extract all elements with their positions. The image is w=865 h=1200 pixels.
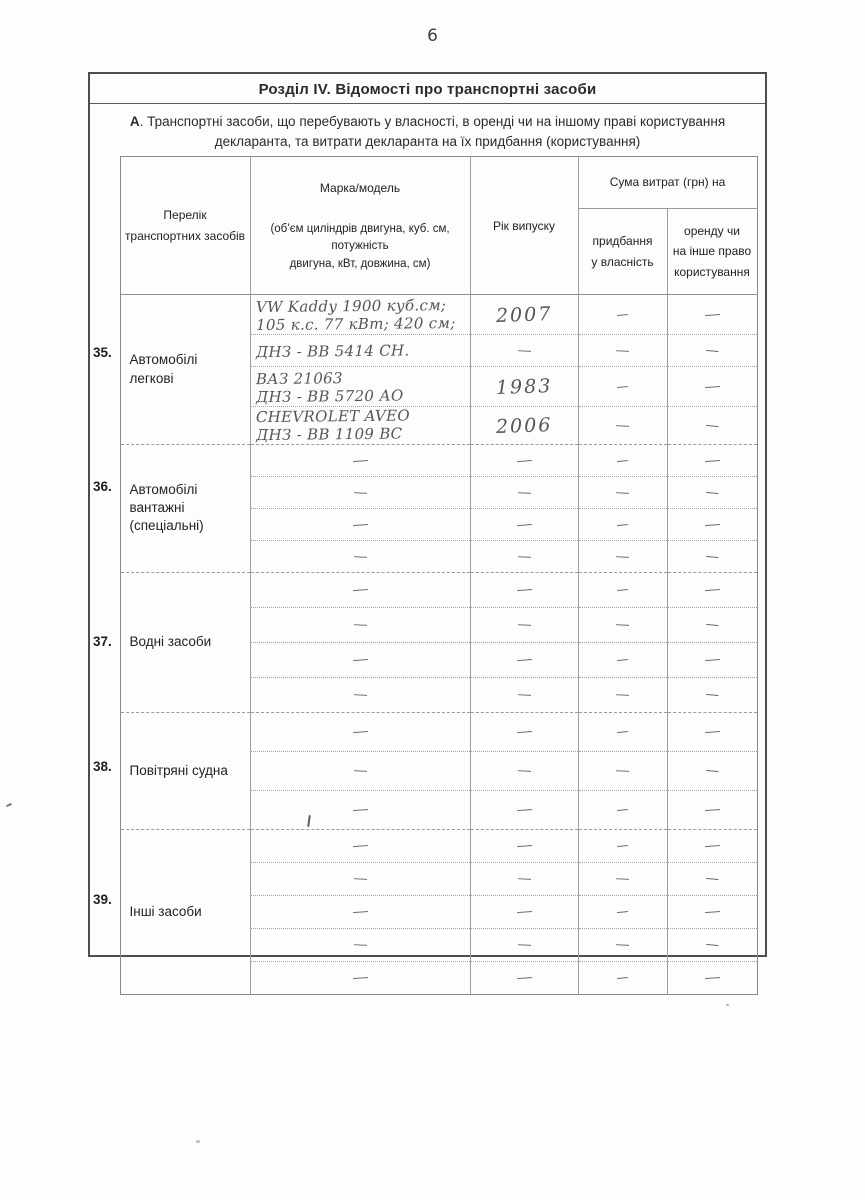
model-cell: — [250,444,470,476]
purchase-cell: — [578,367,667,407]
model-value: — [351,968,369,987]
row-number-cell: 37. [90,572,120,712]
model-value: — [351,450,369,469]
year-cell: — [470,790,578,829]
model-cell: — [250,895,470,928]
year-value: — [516,761,531,780]
model-cell: — [250,572,470,607]
year-value: — [515,580,533,599]
rent-cell: — [667,508,757,540]
purchase-cell: — [578,476,667,508]
purchase-value: — [615,615,630,634]
purchase-value: — [616,650,630,669]
year-cell: 2006 [470,407,578,444]
row-number: 38. [90,759,112,774]
model-value: VW Kaddy 1900 куб.см; 105 к.с. 77 кВт; 4… [250,296,469,335]
model-value: — [352,935,367,954]
header-year: Рік випуску [470,157,578,295]
purchase-value: — [615,685,630,704]
model-value: — [352,761,367,780]
purchase-value: — [615,482,630,501]
rent-cell: — [667,407,757,444]
scan-speck [196,1140,200,1143]
header-cost-group: Сума витрат (грн) на [578,157,757,209]
form-box: Розділ IV. Відомості про транспортні зас… [88,72,767,957]
year-cell: — [470,751,578,790]
year-cell: — [470,508,578,540]
purchase-cell: — [578,751,667,790]
header-rent: оренду чи на інше право користування [667,208,757,295]
rent-value: — [703,305,721,324]
model-cell: — [250,642,470,677]
rent-cell: — [667,677,757,712]
table-header: Перелік транспортних засобів Марка/модел… [90,157,757,295]
purchase-cell: — [578,407,667,444]
header-make-model: Марка/модель (об’єм циліндрів двигуна, к… [250,157,470,295]
purchase-value: — [616,450,630,469]
purchase-value: — [615,341,630,360]
model-cell: — [250,607,470,642]
model-value: — [351,836,369,855]
year-value: — [516,935,531,954]
model-value: ДНЗ - ВВ 5414 СН. [250,340,469,361]
year-cell: — [470,712,578,751]
purchase-cell: — [578,829,667,862]
model-value: — [351,650,369,669]
model-value: — [351,902,369,921]
purchase-value: — [615,935,630,954]
model-cell: — [250,476,470,508]
vehicle-category-label: Автомобілі вантажні (спеціальні) [120,444,250,572]
rent-value: — [703,377,721,396]
rent-value: — [703,800,721,819]
purchase-value: — [616,902,630,921]
rent-value: — [704,482,719,501]
year-cell: — [470,928,578,961]
rent-cell: — [667,607,757,642]
purchase-value: — [615,416,630,435]
model-cell: VW Kaddy 1900 куб.см; 105 к.с. 77 кВт; 4… [250,295,470,335]
model-value: ВАЗ 21063 ДНЗ - ВВ 5720 АО [250,368,469,407]
year-value: — [516,685,531,704]
purchase-value: — [616,722,630,741]
row-number: 35. [90,345,112,360]
purchase-value: — [616,968,630,987]
vehicles-table: Перелік транспортних засобів Марка/модел… [90,156,758,995]
rent-cell: — [667,335,757,367]
rent-cell: — [667,444,757,476]
year-value: 1983 [495,375,552,399]
model-value: — [352,869,367,888]
subtitle-letter: А [130,114,140,129]
purchase-value: — [616,377,630,396]
year-value: — [515,450,533,469]
year-value: 2006 [495,414,552,438]
purchase-value: — [615,546,630,565]
scan-speck [6,803,12,807]
year-cell: — [470,476,578,508]
scan-speck [726,1004,729,1006]
rent-value: — [703,968,721,987]
purchase-cell: — [578,862,667,895]
year-cell: — [470,677,578,712]
model-value: — [351,580,369,599]
rent-cell: — [667,751,757,790]
year-cell: — [470,862,578,895]
rent-value: — [704,761,719,780]
purchase-cell: — [578,607,667,642]
year-value: — [515,514,533,533]
subtitle-text: . Транспортні засоби, що перебувають у в… [140,114,726,149]
vehicle-group-39: 39. Інші засоби — — — — — — — — — — — [90,829,757,994]
rent-cell: — [667,862,757,895]
vehicle-category-label: Інші засоби [120,829,250,994]
section-subtitle: А. Транспортні засоби, що перебувають у … [90,104,765,156]
model-cell: — [250,862,470,895]
year-value: — [516,482,531,501]
year-cell: 2007 [470,295,578,335]
row-number-cell: 38. [90,712,120,829]
vehicle-category-label: Водні засоби [120,572,250,712]
rent-cell: — [667,961,757,994]
purchase-cell: — [578,540,667,572]
vehicle-category-label: Повітряні судна [120,712,250,829]
purchase-value: — [616,514,630,533]
row-number-cell: 36. [90,444,120,572]
rent-cell: — [667,572,757,607]
rent-cell: — [667,829,757,862]
purchase-cell: — [578,961,667,994]
rent-value: — [704,935,719,954]
purchase-cell: — [578,295,667,335]
rent-value: — [704,869,719,888]
model-value: — [352,546,367,565]
header-make-model-note: (об’єм циліндрів двигуна, куб. см, потуж… [251,221,470,274]
model-cell: — [250,712,470,751]
row-number: 39. [90,892,112,907]
vehicle-group-38: 38. Повітряні судна — — — — — — — — — — … [90,712,757,829]
model-cell: — [250,790,470,829]
purchase-cell: — [578,790,667,829]
purchase-value: — [616,580,630,599]
model-value: — [352,482,367,501]
year-cell: — [470,335,578,367]
year-cell: — [470,540,578,572]
year-value: — [515,650,533,669]
vehicle-category-label: Автомобілі легкові [120,295,250,444]
year-cell: — [470,607,578,642]
scanned-page: 6 Розділ IV. Відомості про транспортні з… [0,0,865,1200]
year-value: — [515,722,533,741]
model-cell: — [250,751,470,790]
purchase-value: — [616,800,630,819]
model-cell: ВАЗ 21063 ДНЗ - ВВ 5720 АО [250,367,470,407]
model-value: CHEVROLET AVEO ДНЗ - ВВ 1109 ВС [250,406,469,445]
header-vehicle-list: Перелік транспортних засобів [120,157,250,295]
year-cell: — [470,961,578,994]
model-cell: — [250,829,470,862]
row-number: 37. [90,634,112,649]
rent-value: — [704,615,719,634]
row-number: 36. [90,479,112,494]
year-cell: — [470,895,578,928]
vehicle-group-35: 35. Автомобілі легкові VW Kaddy 1900 куб… [90,295,757,444]
year-value: — [515,836,533,855]
model-value: — [351,800,369,819]
rent-value: — [703,580,721,599]
rent-cell: — [667,476,757,508]
row-number-cell: 35. [90,295,120,444]
model-value: — [351,722,369,741]
purchase-cell: — [578,444,667,476]
model-cell: — [250,677,470,712]
model-value: — [352,615,367,634]
model-value: — [351,514,369,533]
year-value: — [516,546,531,565]
rent-cell: — [667,790,757,829]
rent-value: — [703,902,721,921]
purchase-cell: — [578,642,667,677]
rent-cell: — [667,928,757,961]
rent-value: — [704,415,719,434]
year-cell: — [470,444,578,476]
rent-cell: — [667,712,757,751]
model-cell: — [250,961,470,994]
year-cell: 1983 [470,367,578,407]
purchase-cell: — [578,677,667,712]
header-make-model-title: Марка/модель [251,177,470,200]
purchase-value: — [615,761,630,780]
number-gutter [90,157,120,295]
year-value: — [516,869,531,888]
purchase-cell: — [578,928,667,961]
model-cell: — [250,540,470,572]
header-purchase: придбання у власність [578,208,667,295]
purchase-cell: — [578,712,667,751]
vehicle-group-37: 37. Водні засоби — — — — — — — — — — — [90,572,757,712]
purchase-value: — [615,869,630,888]
model-cell: — [250,508,470,540]
model-cell: ДНЗ - ВВ 5414 СН. [250,335,470,367]
year-value: — [515,968,533,987]
year-cell: — [470,572,578,607]
rent-value: — [704,546,719,565]
model-cell: CHEVROLET AVEO ДНЗ - ВВ 1109 ВС [250,407,470,444]
purchase-cell: — [578,895,667,928]
rent-cell: — [667,295,757,335]
purchase-cell: — [578,508,667,540]
model-cell: — [250,928,470,961]
year-value: — [515,800,533,819]
page-number: 6 [0,26,865,46]
rent-value: — [703,836,721,855]
year-cell: — [470,642,578,677]
purchase-value: — [616,836,630,855]
purchase-cell: — [578,572,667,607]
model-value: — [352,685,367,704]
purchase-value: — [616,305,630,324]
rent-value: — [703,722,721,741]
rent-value: — [703,514,721,533]
purchase-cell: — [578,335,667,367]
row-number-cell: 39. [90,829,120,994]
year-cell: — [470,829,578,862]
section-title: Розділ IV. Відомості про транспортні зас… [90,74,765,104]
rent-value: — [704,341,719,360]
rent-cell: — [667,895,757,928]
vehicle-group-36: 36. Автомобілі вантажні (спеціальні) — —… [90,444,757,572]
rent-cell: — [667,540,757,572]
rent-value: — [703,450,721,469]
year-value: — [516,341,531,360]
rent-cell: — [667,367,757,407]
year-value: — [515,902,533,921]
rent-cell: — [667,642,757,677]
year-value: — [516,615,531,634]
rent-value: — [703,650,721,669]
year-value: 2007 [495,303,552,327]
rent-value: — [704,685,719,704]
